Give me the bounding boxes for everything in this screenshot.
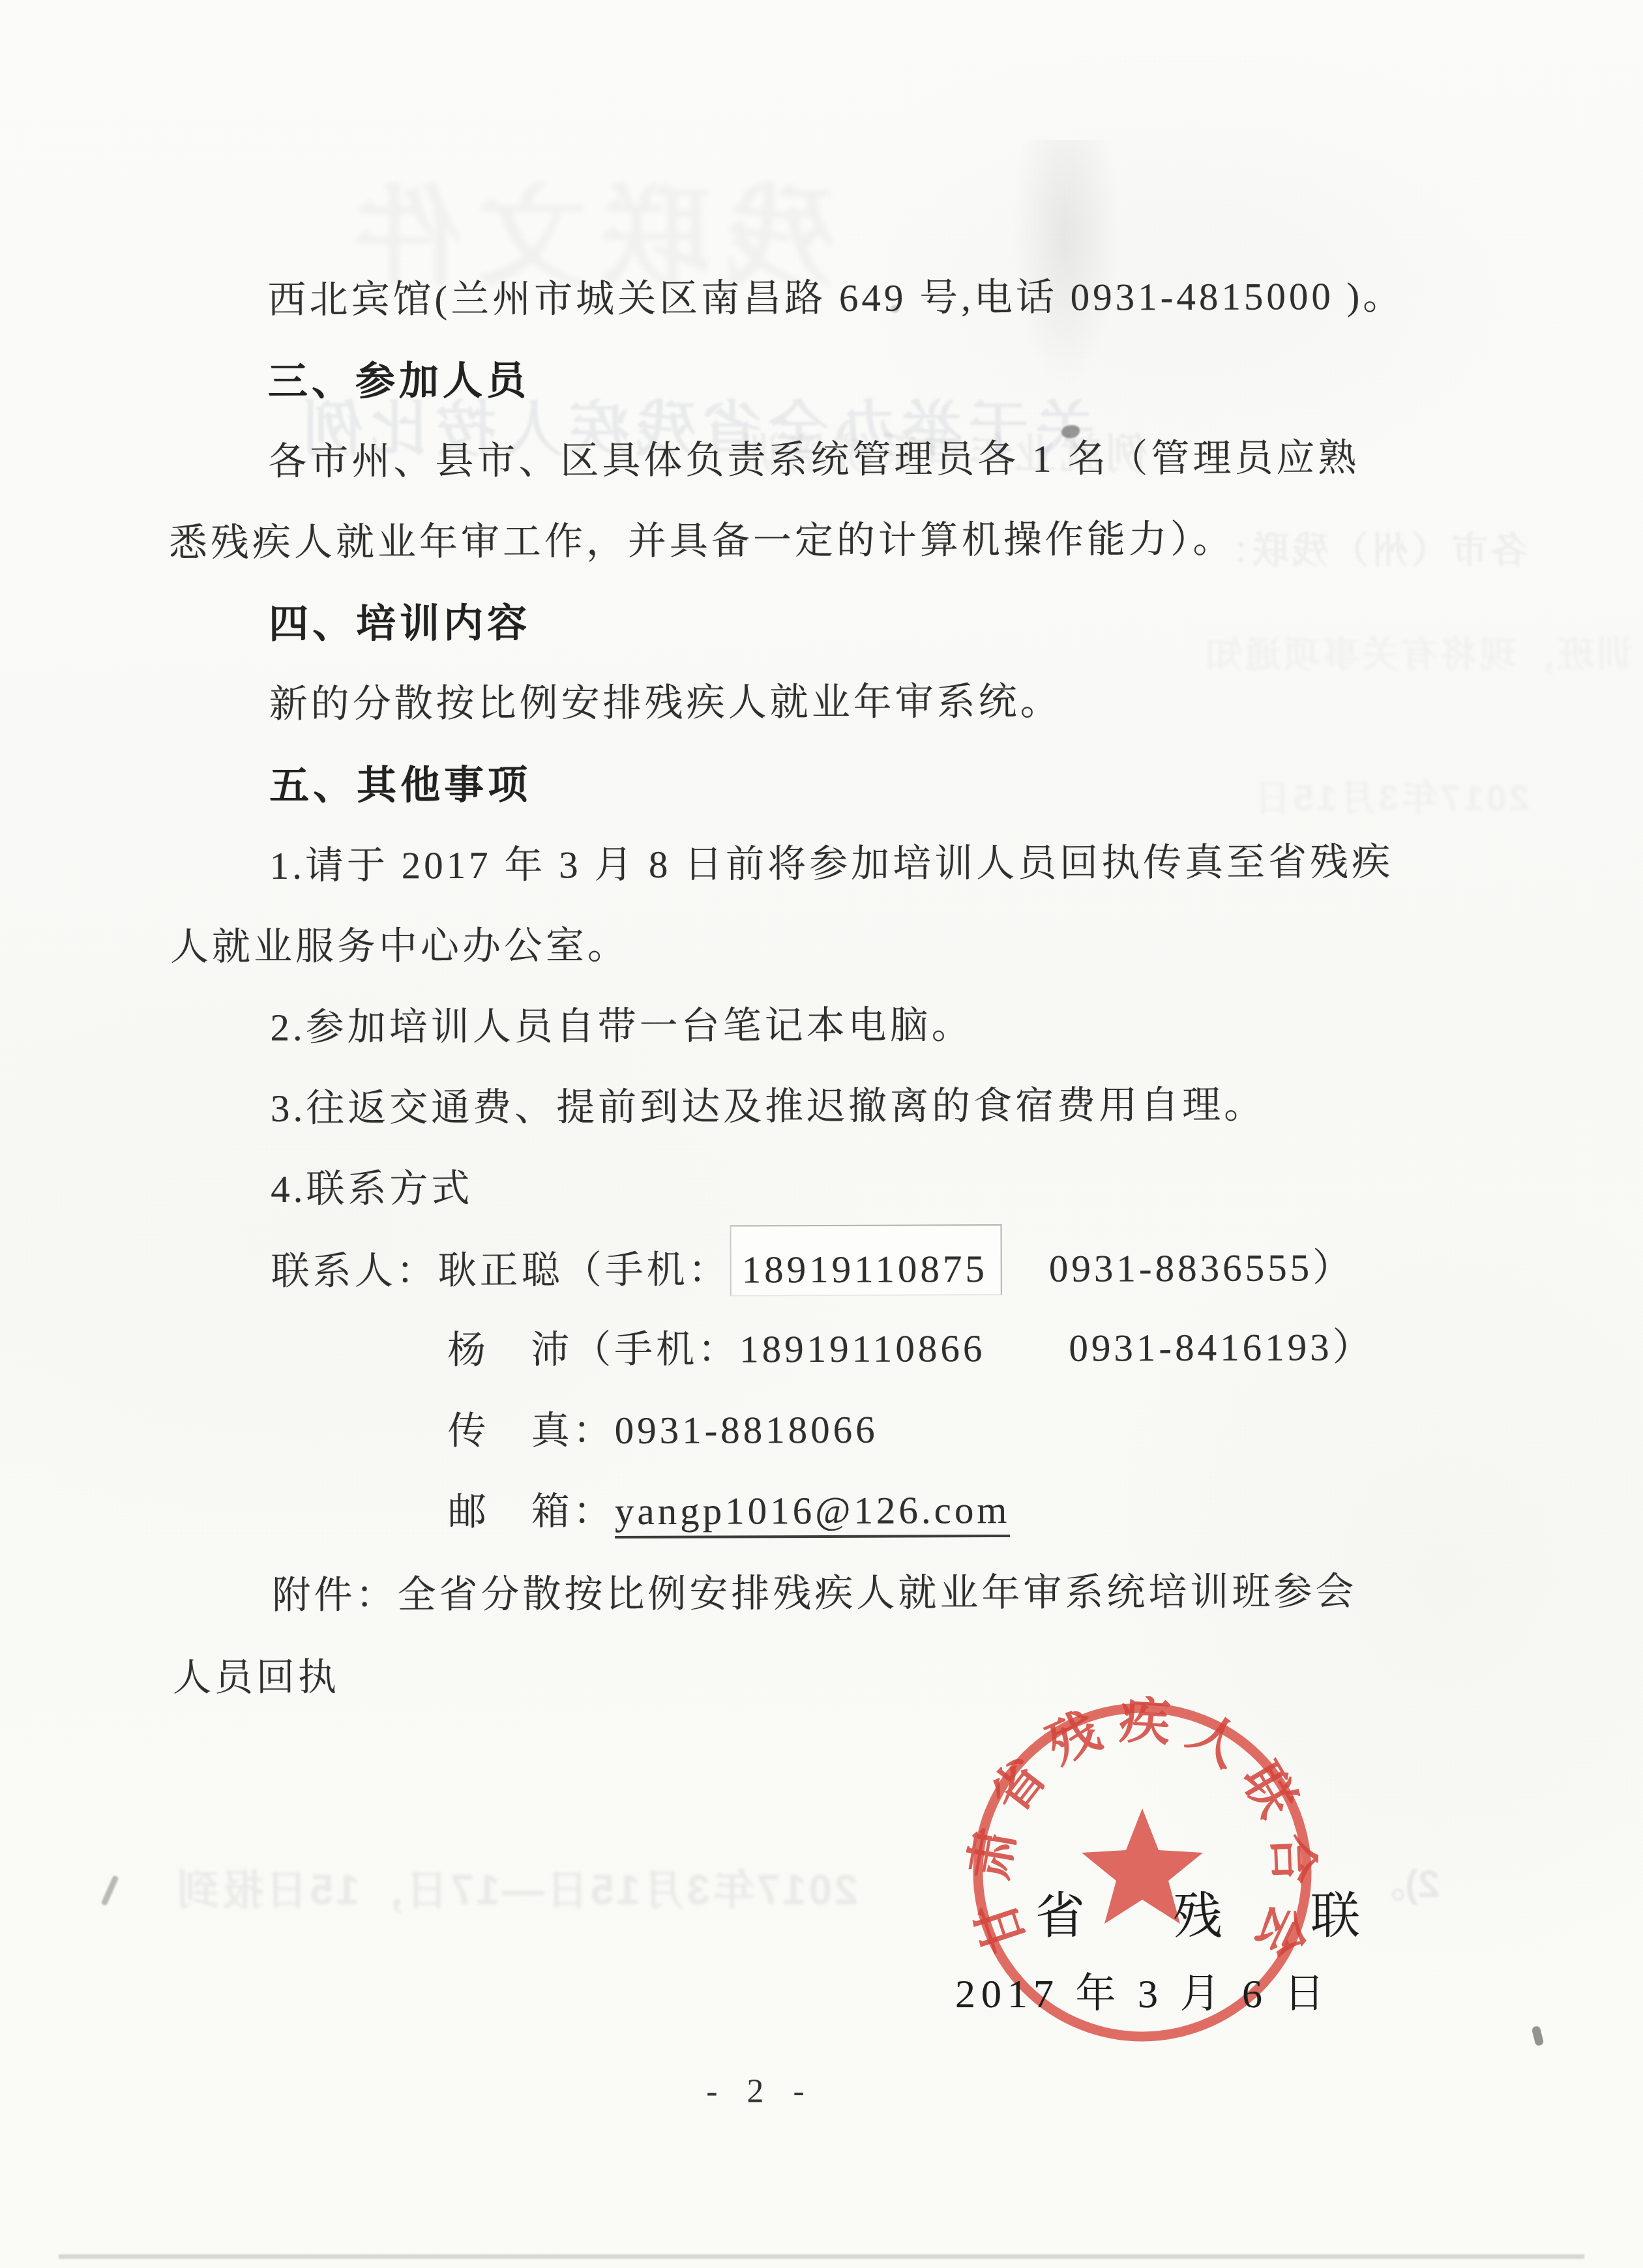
section-3-paragraph-line1: 各市州、县市、区具体负责系统管理员各 1 名（管理员应熟 <box>268 437 1359 483</box>
item-3-line: 3.往返交通费、提前到达及推迟撤离的食宿费用自理。 <box>271 1084 1266 1130</box>
contact-person-1-line: 联系人：耿正聪（手机：189191108750931-8836555） <box>271 1245 1355 1294</box>
item-1-line1: 1.请于 2017 年 3 月 8 日前将参加培训人员回执传真至省残疾 <box>269 841 1393 887</box>
signature-date: 2017 年 3 月 6 日 <box>955 1961 1331 2019</box>
item-1-line2: 人就业服务中心办公室。 <box>170 924 629 968</box>
contact-1-telephone: 0931-8836555） <box>1049 1246 1354 1290</box>
section-4-heading: 四、培训内容 <box>269 602 531 646</box>
attachment-line2: 人员回执 <box>173 1657 340 1700</box>
hotel-address-line: 西北宾馆(兰州市城关区南昌路 649 号,电话 0931-4815000 )。 <box>267 275 1404 321</box>
email-line: 邮 箱：yangp1016@126.com <box>448 1489 1011 1533</box>
section-3-paragraph-line2: 悉残疾人就业年审工作，并具备一定的计算机操作能力）。 <box>169 518 1235 565</box>
email-label: 邮 箱： <box>448 1490 615 1533</box>
page-number: - 2 - <box>706 2072 815 2111</box>
signature-org: 省 残 联 <box>1035 1876 1398 1947</box>
section-4-paragraph: 新的分散按比例安排残疾人就业年审系统。 <box>269 681 1062 726</box>
attachment-line1: 附件：全省分散按比例安排残疾人就业年审系统培训班参会 <box>272 1570 1357 1617</box>
contact-1-prefix: 联系人：耿正聪（手机： <box>271 1248 730 1292</box>
section-5-heading: 五、其他事项 <box>269 763 531 808</box>
contact-person-2-line: 杨 沛（手机：18919110866 0931-8416193） <box>447 1326 1374 1372</box>
contact-1-mobile-number-patch: 18919110875 <box>730 1224 1003 1296</box>
fax-line: 传 真：0931-8818066 <box>447 1409 878 1452</box>
item-2-line: 2.参加培训人员自带一台笔记本电脑。 <box>270 1004 973 1049</box>
item-4-line: 4.联系方式 <box>271 1168 473 1211</box>
section-3-heading: 三、参加人员 <box>268 359 530 404</box>
scanned-document-page: 残联文件 关于举办全省残疾人按比例 例就业年审系统培训 各市（州）残联： 训班，… <box>0 0 1643 2268</box>
email-address: yangp1016@126.com <box>615 1488 1011 1539</box>
